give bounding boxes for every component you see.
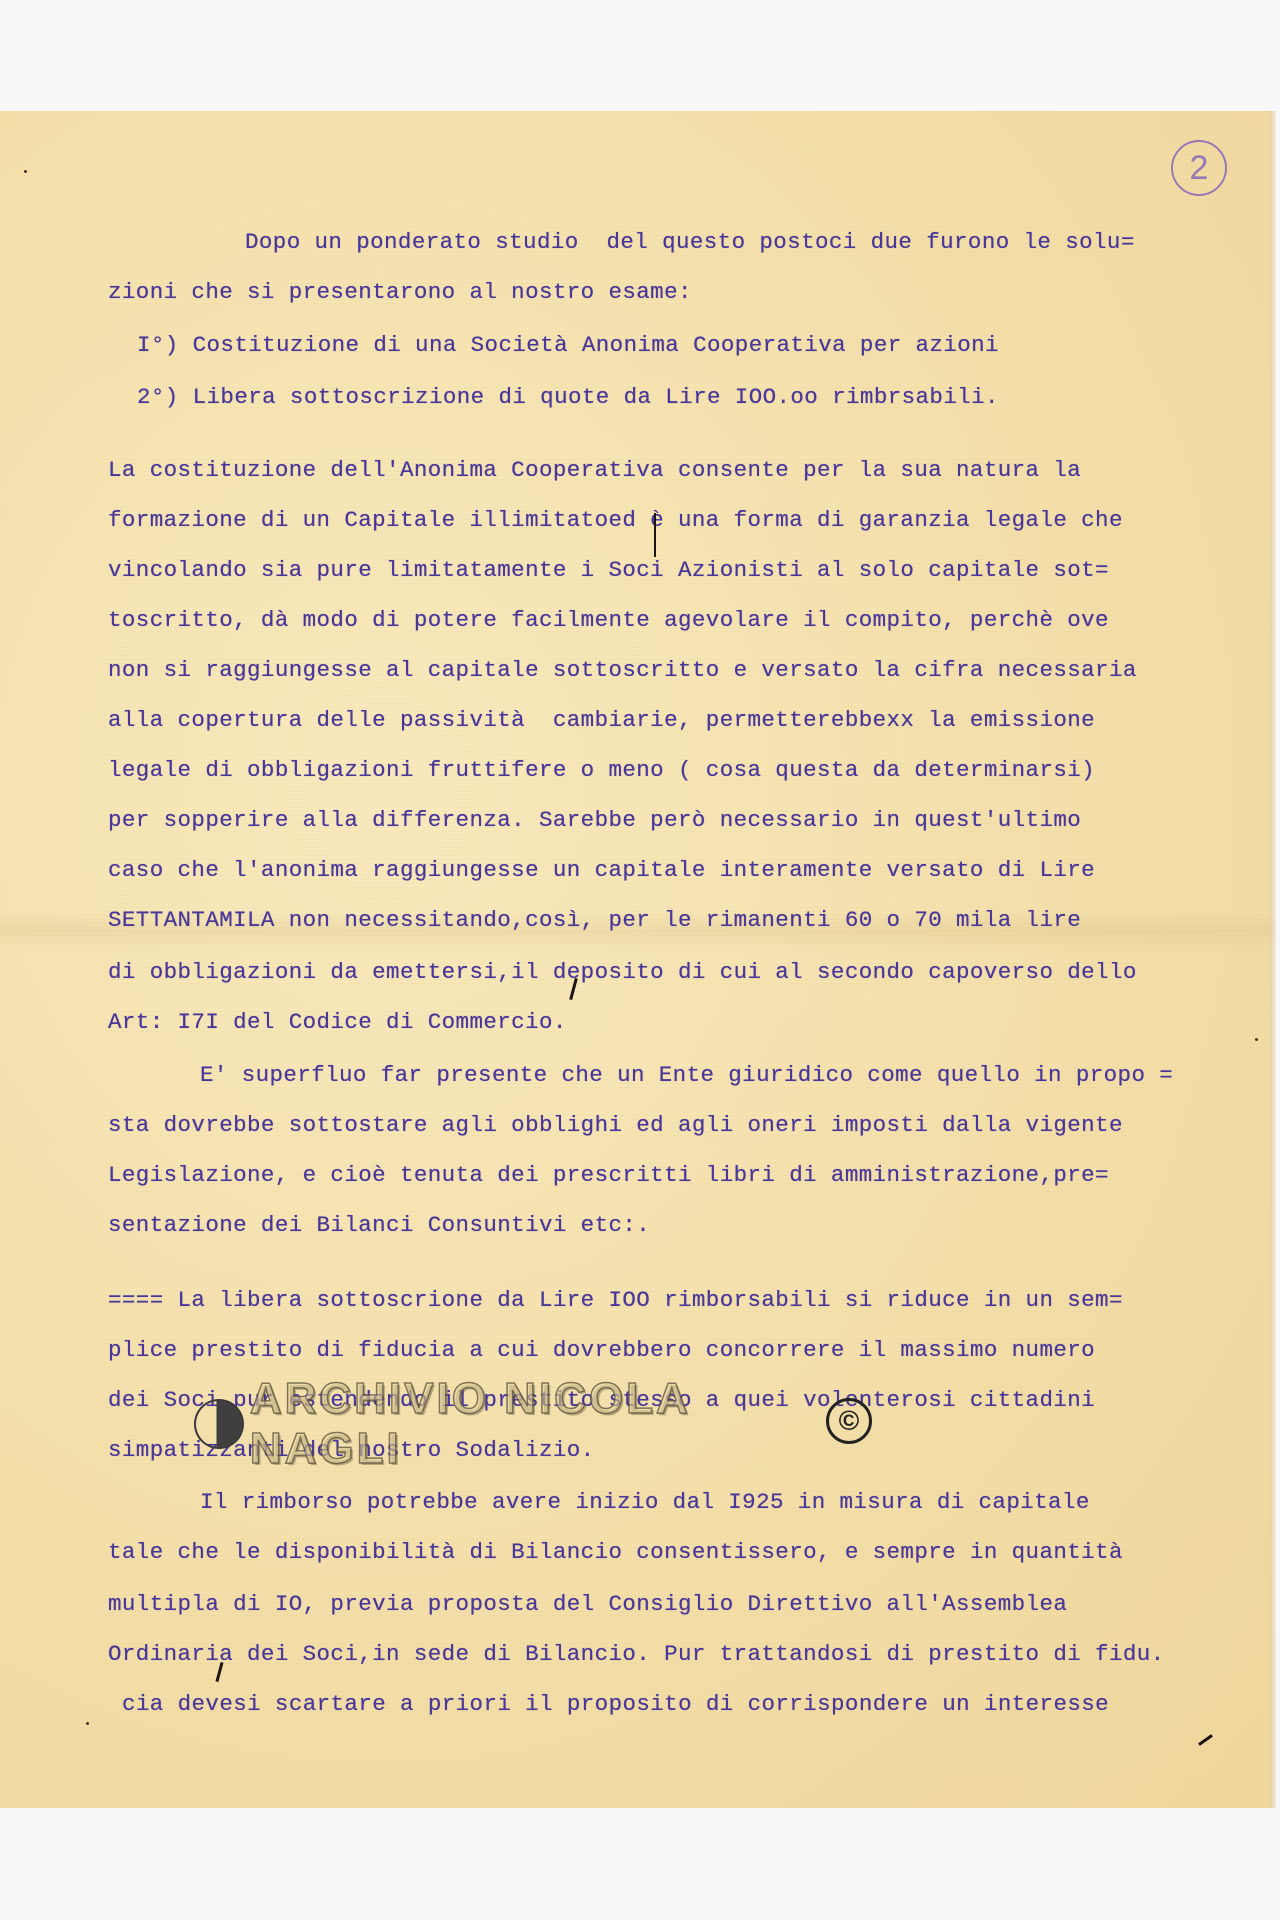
text-line: Art: I7I del Codice di Commercio. (108, 1009, 567, 1035)
text-line: E' superfluo far presente che un Ente gi… (200, 1062, 1173, 1088)
text-line: Ordinaria dei Soci,in sede di Bilancio. … (108, 1641, 1165, 1667)
archive-watermark: ARCHIVIO NICOLA NAGLI (194, 1398, 854, 1450)
text-line: legale di obbligazioni fruttifere o meno… (108, 757, 1095, 783)
text-line: Legislazione, e cioè tenuta dei prescrit… (108, 1162, 1109, 1188)
ink-dot (86, 1722, 89, 1725)
paper-edge (1270, 111, 1276, 1808)
text-line: zioni che si presentarono al nostro esam… (108, 279, 692, 305)
text-line: ==== La libera sottoscrione da Lire IOO … (108, 1287, 1123, 1313)
text-line: formazione di un Capitale illimitatoed è… (108, 507, 1123, 533)
text-line: sta dovrebbe sottostare agli obblighi ed… (108, 1112, 1123, 1138)
text-line: sentazione dei Bilanci Consuntivi etc:. (108, 1212, 650, 1238)
ink-dot (24, 170, 27, 173)
text-line: SETTANTAMILA non necessitando,così, per … (108, 907, 1081, 933)
text-line: cia devesi scartare a priori il proposit… (122, 1691, 1109, 1717)
text-line: multipla di IO, previa proposta del Cons… (108, 1591, 1067, 1617)
page-number-stamp: 2 (1171, 140, 1227, 196)
ink-dot (1255, 1038, 1258, 1041)
text-line: caso che l'anonima raggiungesse un capit… (108, 857, 1095, 883)
text-line: tale che le disponibilità di Bilancio co… (108, 1539, 1123, 1565)
text-line: per sopperire alla differenza. Sarebbe p… (108, 807, 1081, 833)
copyright-icon: © (826, 1398, 872, 1444)
text-line: non si raggiungesse al capitale sottoscr… (108, 657, 1137, 683)
text-line: Dopo un ponderato studio del questo post… (245, 229, 1135, 255)
text-line: 2°) Libera sottoscrizione di quote da Li… (137, 384, 999, 410)
text-line: alla copertura delle passività cambiarie… (108, 707, 1095, 733)
text-line: toscritto, dà modo di potere facilmente … (108, 607, 1109, 633)
text-line: I°) Costituzione di una Società Anonima … (137, 332, 999, 358)
text-line: plice prestito di fiducia a cui dovrebbe… (108, 1337, 1095, 1363)
archive-logo-icon (194, 1399, 244, 1449)
page-number: 2 (1190, 149, 1209, 188)
text-line: Il rimborso potrebbe avere inizio dal I9… (200, 1489, 1090, 1515)
handwritten-edit-mark (654, 513, 656, 557)
text-line: La costituzione dell'Anonima Cooperativa… (108, 457, 1081, 483)
text-line: vincolando sia pure limitatamente i Soci… (108, 557, 1109, 583)
text-line: di obbligazioni da emettersi,il deposito… (108, 959, 1137, 985)
watermark-text: ARCHIVIO NICOLA NAGLI (250, 1374, 854, 1474)
